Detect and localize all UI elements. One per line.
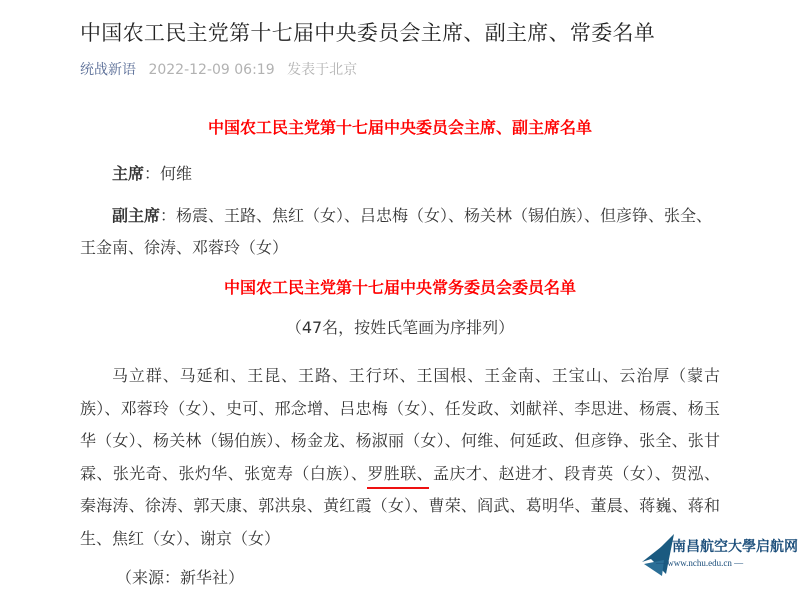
article-title: 中国农工民主党第十七届中央委员会主席、副主席、常委名单: [80, 18, 655, 48]
highlighted-member: 罗胜联、: [367, 464, 433, 483]
source-note: （来源：新华社）: [116, 566, 244, 590]
standing-committee-members: 马立群、马延和、王昆、王路、王行环、王国根、王金南、王宝山、云治厚（蒙古族）、邓…: [80, 360, 720, 555]
watermark: 南昌航空大學启航网 — www.nchu.edu.cn —: [640, 530, 790, 580]
article-meta: 统战新语 2022-12-09 06:19 发表于北京: [80, 60, 357, 80]
watermark-url: — www.nchu.edu.cn —: [656, 558, 743, 568]
plane-logo-icon: [640, 534, 676, 578]
vice-chair-separator: ：: [160, 206, 176, 225]
publish-datetime: 2022-12-09 06:19: [148, 62, 274, 78]
chair-separator: ：: [144, 164, 160, 183]
section-heading-chair: 中国农工民主党第十七届中央委员会主席、副主席名单: [80, 116, 720, 140]
section-heading-standing-committee: 中国农工民主党第十七届中央常务委员会委员名单: [80, 276, 720, 300]
chair-paragraph: 主席：何维: [80, 158, 720, 190]
member-count-note: （47名，按姓氏笔画为序排列）: [80, 316, 720, 340]
watermark-name: 南昌航空大學启航网: [672, 536, 798, 556]
vice-chair-paragraph: 副主席：杨震、王路、焦红（女）、吕忠梅（女）、杨关林（锡伯族）、但彦铮、张全、王…: [80, 200, 720, 264]
source-account-link[interactable]: 统战新语: [80, 62, 136, 78]
chair-label: 主席: [112, 164, 144, 183]
chair-value: 何维: [160, 164, 192, 183]
vice-chair-label: 副主席: [112, 206, 160, 225]
publish-location: 发表于北京: [287, 62, 357, 78]
